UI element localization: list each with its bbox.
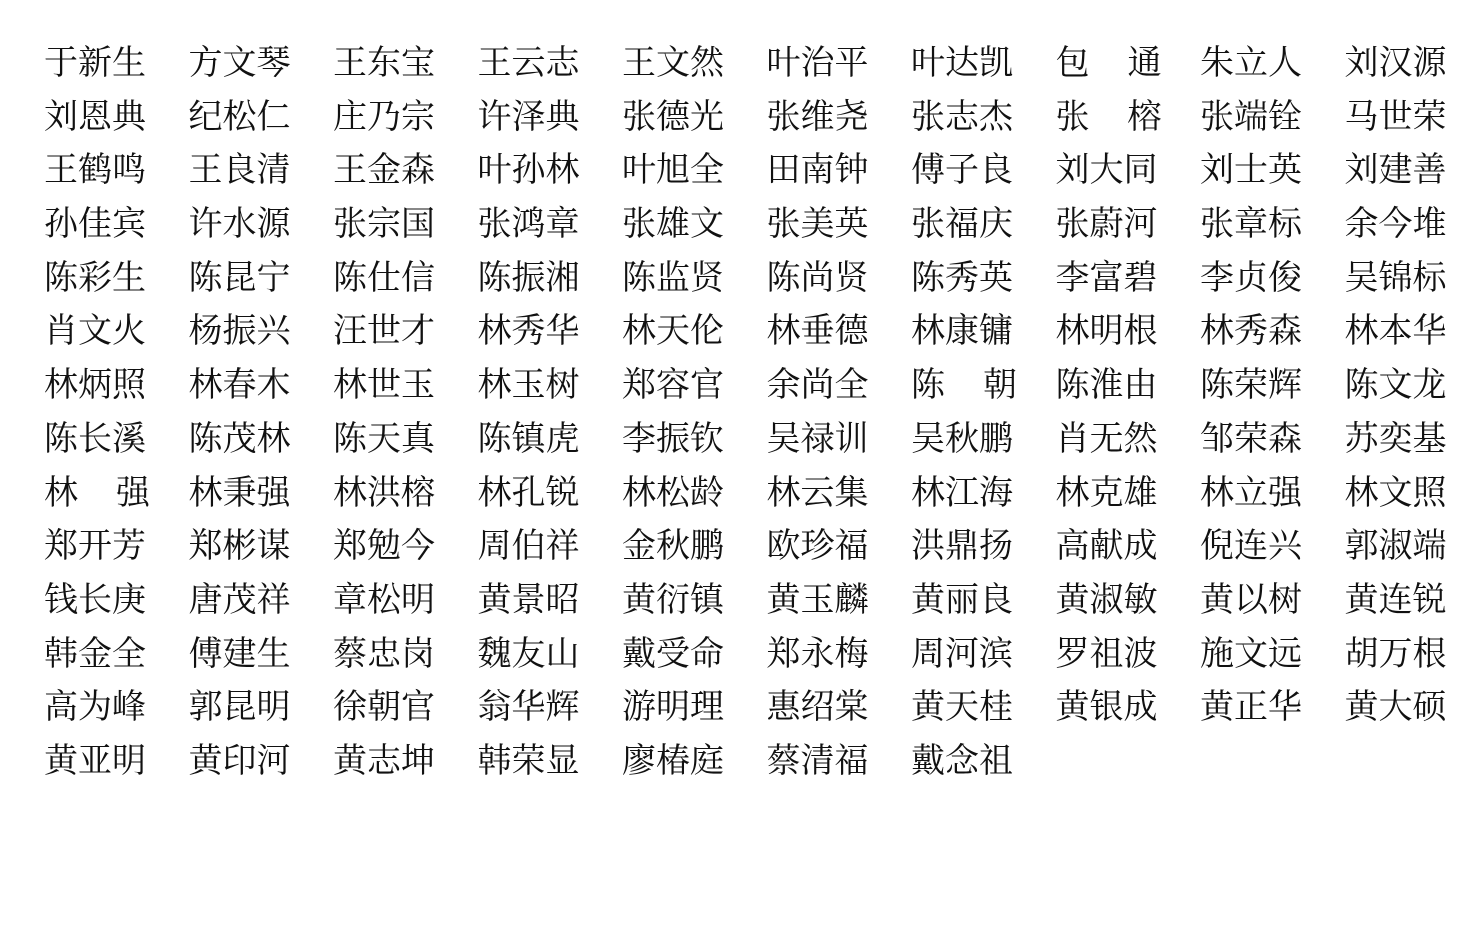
name-entry: 郑勉今 [333,520,478,574]
name-entry: 林玉树 [478,359,623,413]
name-entry: 吴秋鹏 [911,413,1056,467]
name-entry: 陈文龙 [1345,359,1478,413]
name-entry: 林洪榕 [333,467,478,521]
name-entry: 林文照 [1345,467,1478,521]
name-char: 林 [44,467,78,521]
name-entry: 黄淑敏 [1056,574,1201,628]
name-entry: 张雄文 [622,198,767,252]
name-entry: 苏奕基 [1345,413,1478,467]
name-row: 钱长庚唐茂祥章松明黄景昭黄衍镇黄玉麟黄丽良黄淑敏黄以树黄连锐 [44,574,1464,628]
name-row: 林炳照林春木林世玉林玉树郑容官余尚全陈朝陈淮由陈荣辉陈文龙 [44,359,1464,413]
name-entry: 郭昆明 [189,681,334,735]
name-entry: 张志杰 [911,91,1056,145]
name-entry: 方文琴 [189,37,334,91]
name-entry: 黄亚明 [44,735,189,789]
name-entry: 游明理 [622,681,767,735]
name-list-grid: 于新生方文琴王东宝王云志王文然叶治平叶达凯包通朱立人刘汉源刘恩典纪松仁庄乃宗许泽… [44,37,1464,789]
name-entry: 林克雄 [1056,467,1201,521]
name-entry: 余今堆 [1345,198,1478,252]
name-entry: 高为峰 [44,681,189,735]
name-entry: 王鹤鸣 [44,144,189,198]
name-entry: 钱长庚 [44,574,189,628]
name-entry: 林垂德 [767,305,912,359]
name-entry: 于新生 [44,37,189,91]
name-entry: 肖文火 [44,305,189,359]
name-entry: 田南钟 [767,144,912,198]
name-entry: 林春木 [189,359,334,413]
name-entry: 郭淑端 [1345,520,1478,574]
name-row: 黄亚明黄印河黄志坤韩荣显廖椿庭蔡清福戴念祖 [44,735,1464,789]
name-entry: 黄大硕 [1345,681,1478,735]
name-entry: 李贞俊 [1200,252,1345,306]
name-entry: 邹荣森 [1200,413,1345,467]
name-entry: 蔡清福 [767,735,912,789]
name-entry: 陈彩生 [44,252,189,306]
name-entry: 张章标 [1200,198,1345,252]
name-entry: 刘建善 [1345,144,1478,198]
name-entry: 林炳照 [44,359,189,413]
name-entry: 吴禄训 [767,413,912,467]
name-entry: 蔡忠岗 [333,628,478,682]
name-char: 强 [116,467,150,521]
name-row: 刘恩典纪松仁庄乃宗许泽典张德光张维尧张志杰张榕张端铨马世荣 [44,91,1464,145]
name-entry: 黄景昭 [478,574,623,628]
name-char: 榕 [1128,91,1162,145]
name-entry: 陈昆宁 [189,252,334,306]
name-entry: 林秀森 [1200,305,1345,359]
name-entry: 傅建生 [189,628,334,682]
name-entry: 刘汉源 [1345,37,1478,91]
name-row: 陈长溪陈茂林陈天真陈镇虎李振钦吴禄训吴秋鹏肖无然邹荣森苏奕基 [44,413,1464,467]
name-entry: 陈振湘 [478,252,623,306]
name-entry: 陈朝 [911,359,1017,413]
name-entry: 施文远 [1200,628,1345,682]
name-entry: 林本华 [1345,305,1478,359]
name-entry: 陈淮由 [1056,359,1201,413]
name-entry: 戴受命 [622,628,767,682]
name-entry: 周河滨 [911,628,1056,682]
name-entry: 朱立人 [1200,37,1345,91]
name-entry: 徐朝官 [333,681,478,735]
name-entry: 惠绍棠 [767,681,912,735]
name-entry: 郑彬谋 [189,520,334,574]
name-entry: 王良清 [189,144,334,198]
name-entry: 唐茂祥 [189,574,334,628]
name-entry: 陈仕信 [333,252,478,306]
name-entry: 章松明 [333,574,478,628]
name-entry: 许水源 [189,198,334,252]
name-char: 朝 [983,359,1017,413]
name-char: 包 [1056,37,1090,91]
name-entry: 肖无然 [1056,413,1201,467]
name-entry: 陈茂林 [189,413,334,467]
name-entry: 陈秀英 [911,252,1056,306]
name-entry: 黄天桂 [911,681,1056,735]
name-entry: 包通 [1056,37,1162,91]
name-entry: 林秉强 [189,467,334,521]
name-entry: 刘士英 [1200,144,1345,198]
name-entry: 刘恩典 [44,91,189,145]
name-entry: 陈尚贤 [767,252,912,306]
name-entry: 金秋鹏 [622,520,767,574]
name-row: 郑开芳郑彬谋郑勉今周伯祥金秋鹏欧珍福洪鼎扬高献成倪连兴郭淑端 [44,520,1464,574]
name-entry: 王金森 [333,144,478,198]
name-entry: 黄连锐 [1345,574,1478,628]
name-row: 高为峰郭昆明徐朝官翁华辉游明理惠绍棠黄天桂黄银成黄正华黄大硕 [44,681,1464,735]
name-entry: 孙佳宾 [44,198,189,252]
name-entry: 陈镇虎 [478,413,623,467]
name-entry: 张蔚河 [1056,198,1201,252]
name-entry: 周伯祥 [478,520,623,574]
name-entry: 胡万根 [1345,628,1478,682]
name-entry: 黄衍镇 [622,574,767,628]
name-entry: 马世荣 [1345,91,1478,145]
name-entry: 翁华辉 [478,681,623,735]
name-entry: 叶治平 [767,37,912,91]
name-entry: 黄银成 [1056,681,1201,735]
name-entry: 张鸿章 [478,198,623,252]
name-entry: 倪连兴 [1200,520,1345,574]
name-row: 王鹤鸣王良清王金森叶孙林叶旭全田南钟傅子良刘大同刘士英刘建善 [44,144,1464,198]
name-entry: 郑永梅 [767,628,912,682]
name-entry: 黄正华 [1200,681,1345,735]
name-entry: 林明根 [1056,305,1201,359]
name-entry: 林天伦 [622,305,767,359]
name-entry: 庄乃宗 [333,91,478,145]
name-entry: 李振钦 [622,413,767,467]
name-entry: 洪鼎扬 [911,520,1056,574]
name-row: 孙佳宾许水源张宗国张鸿章张雄文张美英张福庆张蔚河张章标余今堆 [44,198,1464,252]
name-entry: 张宗国 [333,198,478,252]
name-entry: 郑容官 [622,359,767,413]
name-entry: 吴锦标 [1345,252,1478,306]
name-entry: 张端铨 [1200,91,1345,145]
name-entry: 林孔锐 [478,467,623,521]
name-entry: 林世玉 [333,359,478,413]
name-entry: 韩荣显 [478,735,623,789]
name-entry: 许泽典 [478,91,623,145]
name-entry: 王东宝 [333,37,478,91]
name-entry: 王云志 [478,37,623,91]
name-entry: 林云集 [767,467,912,521]
name-row: 韩金全傅建生蔡忠岗魏友山戴受命郑永梅周河滨罗祖波施文远胡万根 [44,628,1464,682]
name-entry: 纪松仁 [189,91,334,145]
name-row: 林强林秉强林洪榕林孔锐林松龄林云集林江海林克雄林立强林文照 [44,467,1464,521]
name-row: 于新生方文琴王东宝王云志王文然叶治平叶达凯包通朱立人刘汉源 [44,37,1464,91]
name-entry: 叶旭全 [622,144,767,198]
name-entry: 欧珍福 [767,520,912,574]
name-char: 陈 [911,359,945,413]
name-entry: 陈天真 [333,413,478,467]
name-entry: 叶孙林 [478,144,623,198]
name-entry: 刘大同 [1056,144,1201,198]
name-entry: 高献成 [1056,520,1201,574]
name-entry: 韩金全 [44,628,189,682]
name-entry: 林康镛 [911,305,1056,359]
name-entry: 黄以树 [1200,574,1345,628]
name-entry: 叶达凯 [911,37,1056,91]
name-char: 张 [1056,91,1090,145]
name-entry: 黄印河 [189,735,334,789]
name-entry: 陈监贤 [622,252,767,306]
name-entry: 林江海 [911,467,1056,521]
name-entry: 林松龄 [622,467,767,521]
name-row: 肖文火杨振兴汪世才林秀华林天伦林垂德林康镛林明根林秀森林本华 [44,305,1464,359]
name-entry: 杨振兴 [189,305,334,359]
name-row: 陈彩生陈昆宁陈仕信陈振湘陈监贤陈尚贤陈秀英李富碧李贞俊吴锦标 [44,252,1464,306]
name-entry: 张美英 [767,198,912,252]
name-entry: 陈荣辉 [1200,359,1345,413]
name-entry: 张维尧 [767,91,912,145]
name-entry: 张福庆 [911,198,1056,252]
name-entry: 陈长溪 [44,413,189,467]
name-entry: 余尚全 [767,359,912,413]
name-entry: 廖椿庭 [622,735,767,789]
name-entry: 傅子良 [911,144,1056,198]
name-char: 通 [1128,37,1162,91]
name-entry: 张德光 [622,91,767,145]
name-entry: 黄志坤 [333,735,478,789]
name-entry: 林强 [44,467,150,521]
name-entry: 林立强 [1200,467,1345,521]
name-entry: 罗祖波 [1056,628,1201,682]
name-entry: 黄玉麟 [767,574,912,628]
name-entry: 林秀华 [478,305,623,359]
name-entry: 黄丽良 [911,574,1056,628]
name-entry: 郑开芳 [44,520,189,574]
name-entry: 王文然 [622,37,767,91]
name-entry: 戴念祖 [911,735,1056,789]
name-entry: 李富碧 [1056,252,1201,306]
name-entry: 魏友山 [478,628,623,682]
name-entry: 张榕 [1056,91,1162,145]
name-entry: 汪世才 [333,305,478,359]
